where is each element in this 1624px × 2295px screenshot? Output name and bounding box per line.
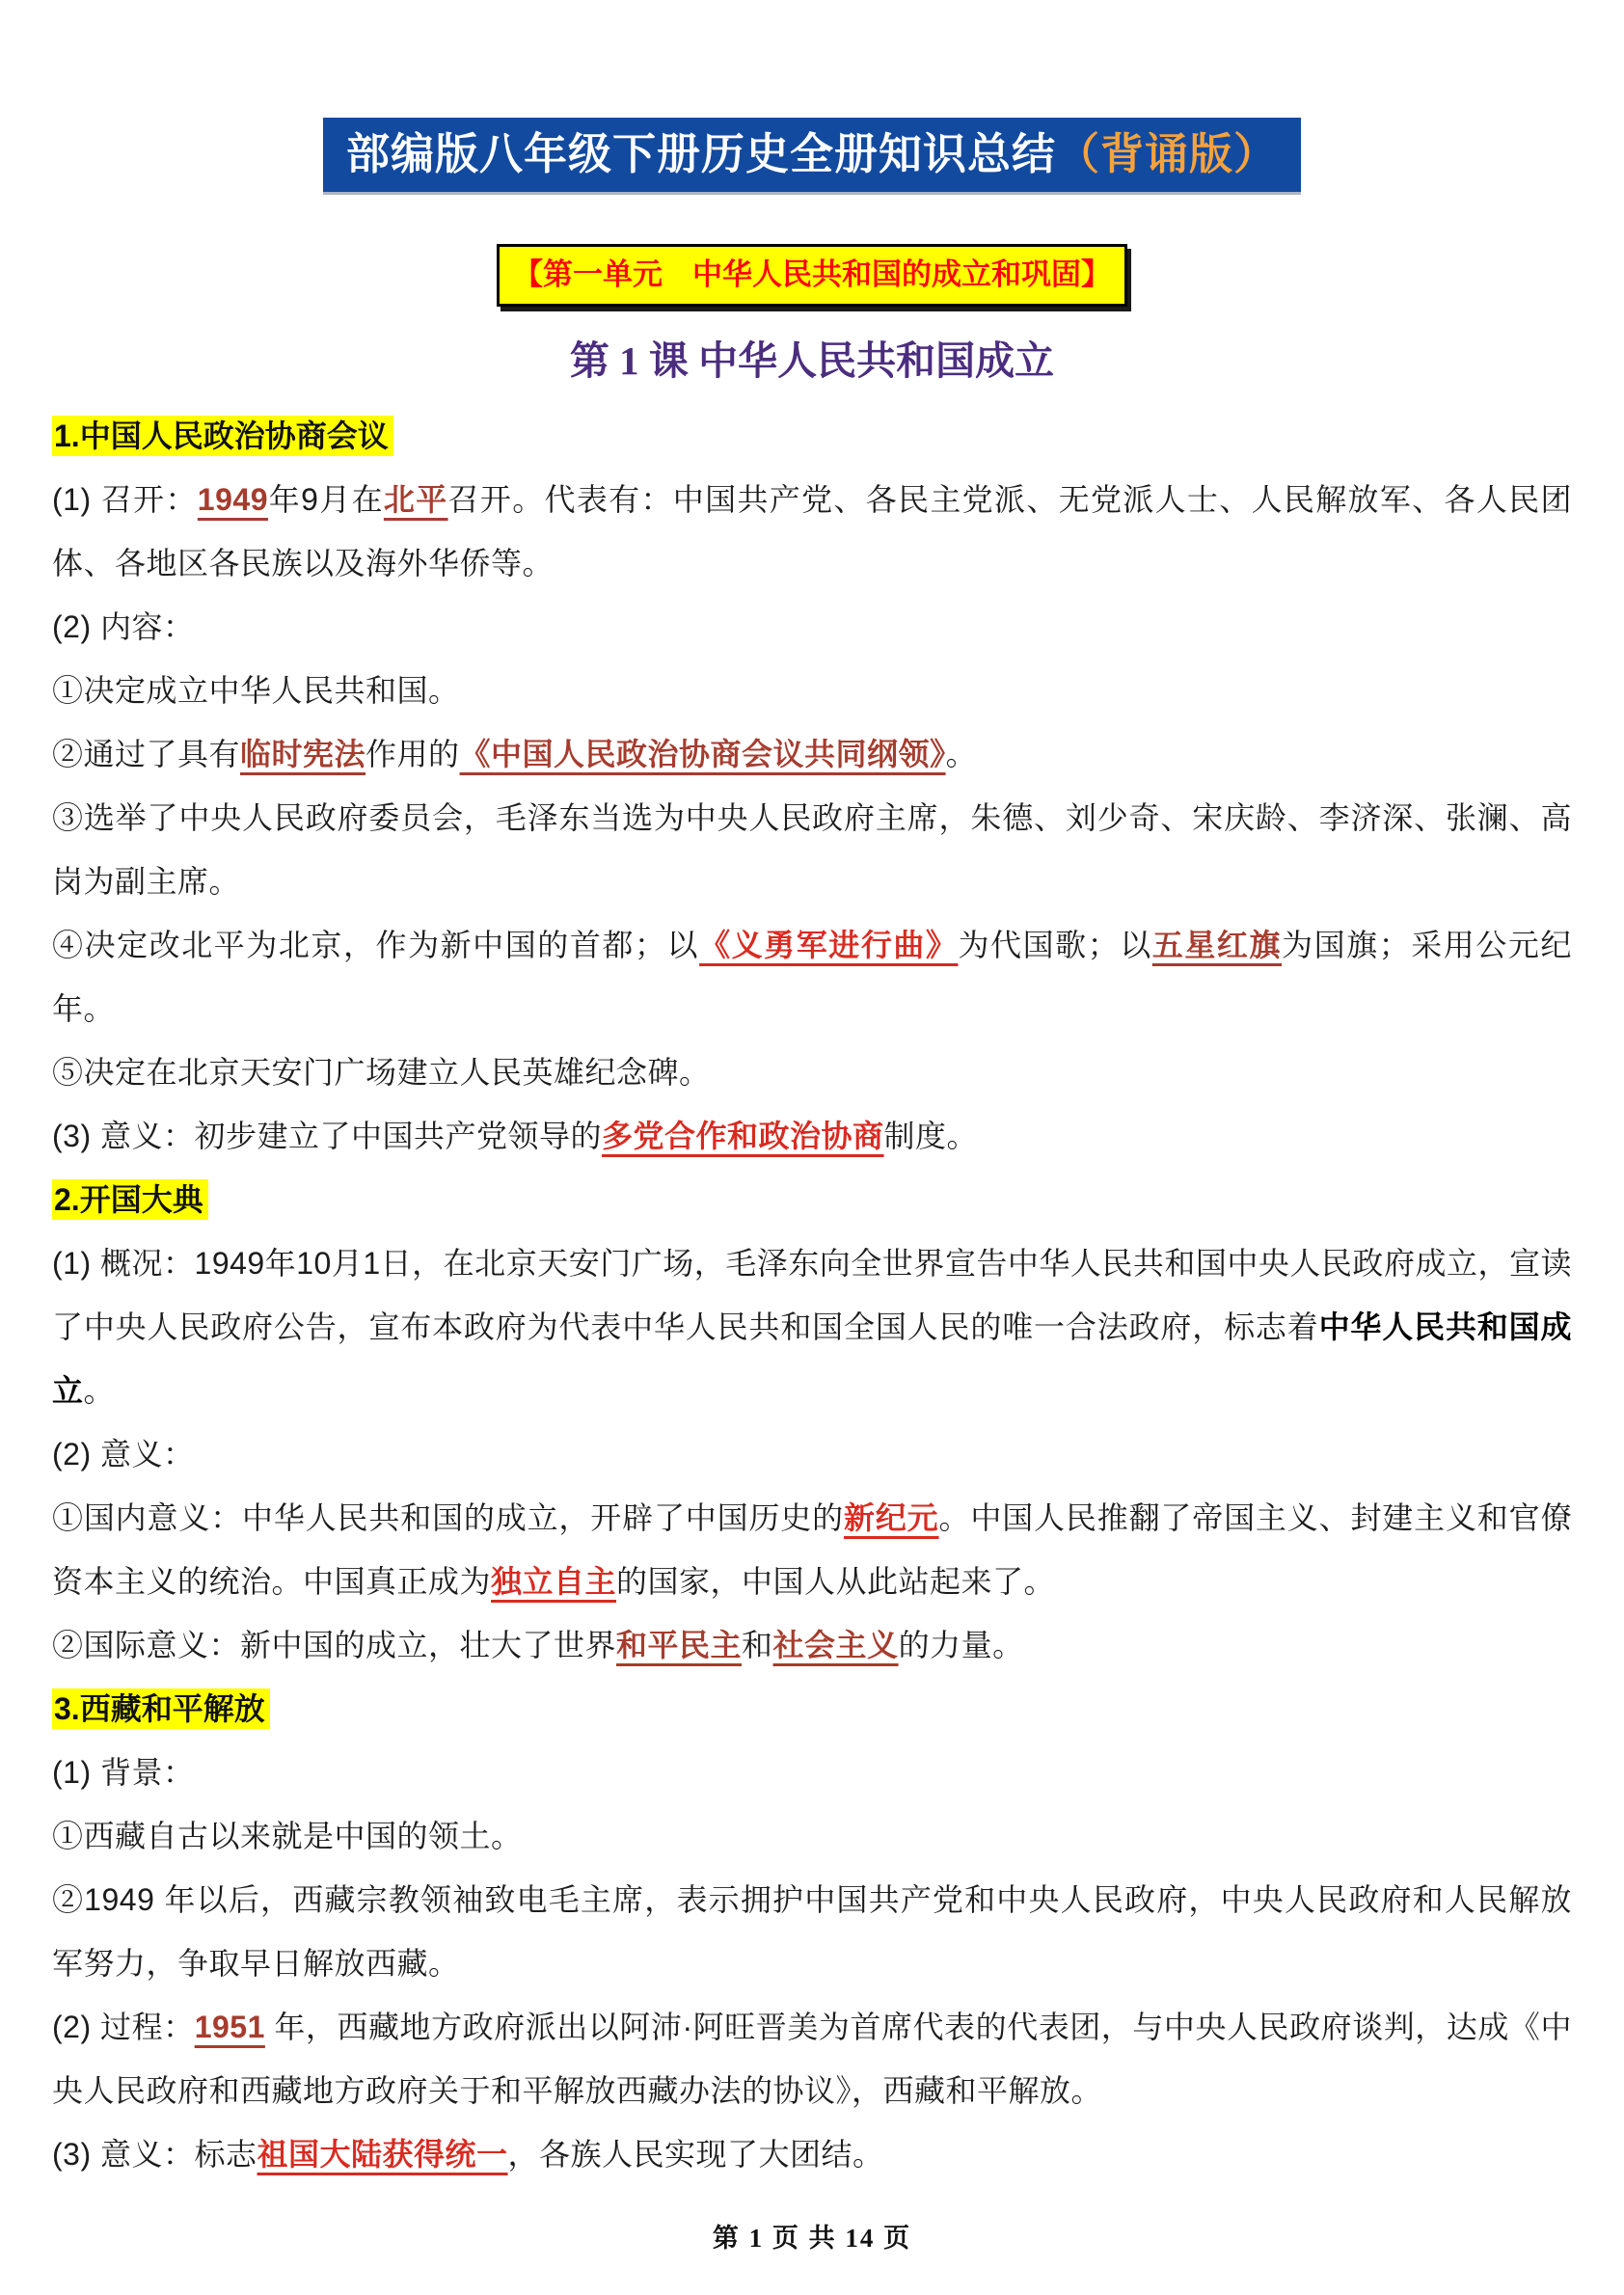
document-title-edition: （背诵版） — [1056, 129, 1278, 178]
text-segment: (1) 召开： — [52, 482, 198, 517]
text-segment: (3) 意义：标志 — [52, 2137, 257, 2172]
text-segment: ②1949 年以后，西藏宗教领袖致电毛主席，表示拥护中国共产党和中央人民政府，中… — [52, 1882, 1572, 1981]
text-segment: ①国内意义：中华人民共和国的成立，开辟了中国历史的 — [52, 1500, 844, 1535]
section-heading-highlight: 2.开国大典 — [52, 1179, 208, 1220]
section-heading: 2.开国大典 — [52, 1168, 1572, 1231]
section-heading-highlight: 1.中国人民政治协商会议 — [52, 416, 393, 456]
text-segment: ①西藏自古以来就是中国的领土。 — [52, 1819, 523, 1853]
section-heading: 3.西藏和平解放 — [52, 1677, 1572, 1741]
paragraph: (1) 概况：1949年10月1日，在北京天安门广场，毛泽东向全世界宣告中华人民… — [52, 1231, 1572, 1422]
text-segment: 为代国歌；以 — [958, 928, 1151, 962]
unit-header-label: 【第一单元 中华人民共和国的成立和巩固】 — [513, 257, 1111, 291]
paragraph: (2) 意义： — [52, 1422, 1572, 1486]
paragraph: ③选举了中央人民政府委员会，毛泽东当选为中央人民政府主席，朱德、刘少奇、宋庆龄、… — [52, 786, 1572, 913]
unit-header: 【第一单元 中华人民共和国的成立和巩固】 — [497, 244, 1127, 307]
paragraph: ②国际意义：新中国的成立，壮大了世界和平民主和社会主义的力量。 — [52, 1613, 1572, 1677]
paragraph: (1) 召开：1949年9月在北平召开。代表有：中国共产党、各民主党派、无党派人… — [52, 468, 1572, 595]
emphasized-term: 多党合作和政治协商 — [602, 1119, 884, 1153]
paragraph: ①西藏自古以来就是中国的领土。 — [52, 1804, 1572, 1868]
section-heading: 1.中国人民政治协商会议 — [52, 404, 1572, 468]
text-segment: 的国家，中国人从此站起来了。 — [616, 1564, 1055, 1599]
text-segment: ②国际意义：新中国的成立，壮大了世界 — [52, 1628, 616, 1662]
text-segment: ⑤决定在北京天安门广场建立人民英雄纪念碑。 — [52, 1055, 711, 1090]
text-segment: (2) 内容： — [52, 609, 195, 644]
document-body: 1.中国人民政治协商会议(1) 召开：1949年9月在北平召开。代表有：中国共产… — [52, 404, 1572, 2186]
text-segment: 制度。 — [884, 1119, 979, 1153]
paragraph: ①决定成立中华人民共和国。 — [52, 659, 1572, 722]
emphasized-term: 祖国大陆获得统一 — [257, 2137, 508, 2172]
paragraph: (2) 过程：1951 年，西藏地方政府派出以阿沛·阿旺晋美为首席代表的代表团，… — [52, 1995, 1572, 2122]
text-segment: ①决定成立中华人民共和国。 — [52, 673, 460, 708]
emphasized-term: 独立自主 — [491, 1564, 616, 1599]
text-segment: 的力量。 — [899, 1628, 1024, 1662]
emphasized-term: 五星红旗 — [1152, 928, 1282, 962]
text-segment: ，各族人民实现了大团结。 — [508, 2137, 884, 2172]
paragraph: (2) 内容： — [52, 595, 1572, 659]
emphasized-term: 社会主义 — [773, 1628, 899, 1662]
paragraph: (3) 意义：标志祖国大陆获得统一，各族人民实现了大团结。 — [52, 2122, 1572, 2186]
paragraph: ②1949 年以后，西藏宗教领袖致电毛主席，表示拥护中国共产党和中央人民政府，中… — [52, 1868, 1572, 1995]
document-title: 部编版八年级下册历史全册知识总结 — [346, 129, 1056, 178]
text-segment: (2) 过程： — [52, 2010, 195, 2044]
paragraph: ①国内意义：中华人民共和国的成立，开辟了中国历史的新纪元。中国人民推翻了帝国主义… — [52, 1486, 1572, 1613]
text-segment: 。 — [946, 737, 978, 771]
emphasized-term: 新纪元 — [844, 1500, 939, 1535]
emphasized-term: 北平 — [384, 482, 448, 517]
text-segment: ④决定改北平为北京，作为新中国的首都；以 — [52, 928, 699, 962]
paragraph: ④决定改北平为北京，作为新中国的首都；以《义勇军进行曲》为代国歌；以五星红旗为国… — [52, 913, 1572, 1040]
text-segment: ②通过了具有 — [52, 737, 240, 771]
paragraph: (3) 意义：初步建立了中国共产党领导的多党合作和政治协商制度。 — [52, 1104, 1572, 1168]
document-title-banner: 部编版八年级下册历史全册知识总结（背诵版） — [323, 118, 1301, 192]
emphasized-term: 1949 — [198, 482, 268, 517]
document-page: 部编版八年级下册历史全册知识总结（背诵版） 【第一单元 中华人民共和国的成立和巩… — [0, 0, 1624, 2295]
text-segment: 。 — [84, 1373, 116, 1408]
emphasized-term: 《中国人民政治协商会议共同纲领》 — [460, 737, 946, 771]
paragraph: ②通过了具有临时宪法作用的《中国人民政治协商会议共同纲领》。 — [52, 722, 1572, 786]
text-segment: (3) 意义：初步建立了中国共产党领导的 — [52, 1119, 602, 1153]
text-segment: 年，西藏地方政府派出以阿沛·阿旺晋美为首席代表的代表团，与中央人民政府谈判，达成… — [52, 2010, 1572, 2108]
text-segment: 作用的 — [365, 737, 460, 771]
lesson-title: 第 1 课 中华人民共和国成立 — [52, 341, 1572, 381]
text-segment: (1) 背景： — [52, 1755, 195, 1790]
paragraph: ⑤决定在北京天安门广场建立人民英雄纪念碑。 — [52, 1040, 1572, 1104]
emphasized-term: 临时宪法 — [240, 737, 365, 771]
page-number-indicator: 第 1 页 共 14 页 — [0, 2217, 1624, 2254]
text-segment: 和 — [742, 1628, 773, 1662]
text-segment: (2) 意义： — [52, 1437, 195, 1471]
emphasized-term: 《义勇军进行曲》 — [699, 928, 958, 962]
text-segment: 年9月在 — [268, 482, 384, 517]
emphasized-term: 1951 — [195, 2010, 265, 2044]
section-heading-highlight: 3.西藏和平解放 — [52, 1688, 270, 1729]
text-segment: ③选举了中央人民政府委员会，毛泽东当选为中央人民政府主席，朱德、刘少奇、宋庆龄、… — [52, 800, 1572, 899]
paragraph: (1) 背景： — [52, 1741, 1572, 1804]
emphasized-term: 和平民主 — [616, 1628, 742, 1662]
